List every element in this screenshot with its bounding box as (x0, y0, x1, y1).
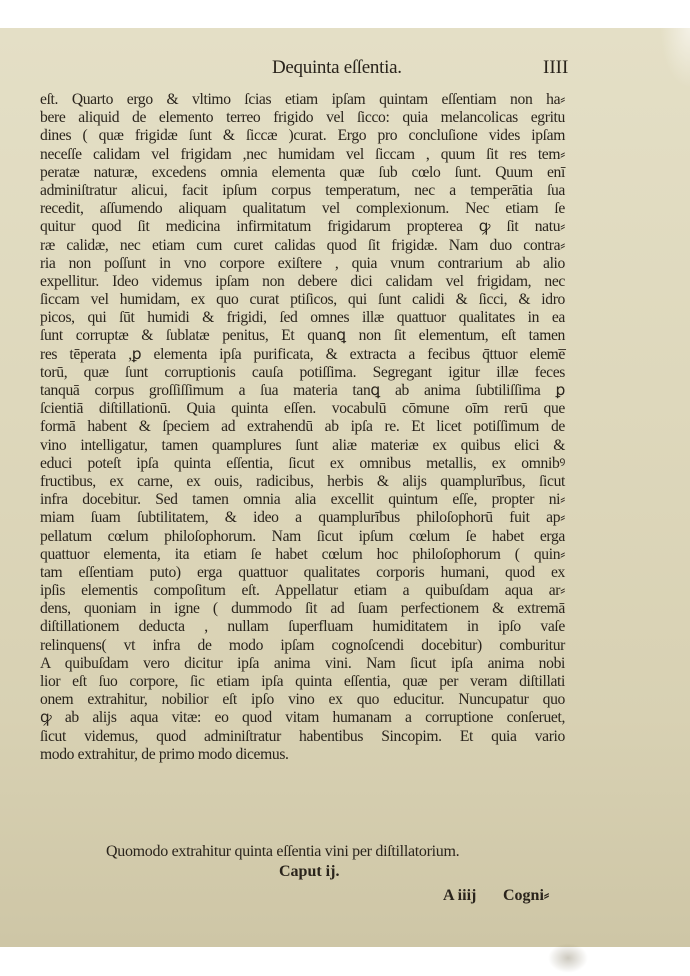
text-line: ſiccam vel humidam, ex quo curat ptiſico… (40, 291, 565, 309)
paper-stain (548, 943, 588, 973)
signature-mark: A iiij (443, 887, 476, 905)
text-line: torū, quæ ſunt corruptionis cauſa potiſſ… (40, 364, 565, 382)
chapter-number: Caput ij. (279, 863, 339, 881)
text-line: neceſſe calidam vel frigidam ,nec humida… (40, 146, 565, 164)
running-title: Dequinta eſſentia. (272, 57, 402, 79)
text-line: A quibuſdam vero dicitur ipſa anima vini… (40, 655, 565, 673)
chapter-heading: Quomodo extrahitur quinta eſſentia vini … (106, 843, 536, 861)
text-line: formā habent & ſpeciem ad extrahendū ab … (40, 418, 565, 436)
text-line: ſicut videmus, quod adminiſtratur habent… (40, 728, 565, 746)
text-line: quitur quod ſit medicina infirmitatum fr… (40, 218, 565, 236)
text-line: diſtillationem deducta , nullam ſuperflu… (40, 618, 565, 636)
body-text: eſt. Quarto ergo & vltimo ſcias etiam ip… (40, 91, 565, 764)
text-line: tanquā corpus groſſiſſimum a ſua materia… (40, 382, 565, 400)
text-line: pellatum cœlum philoſophorum. Nam ſicut … (40, 528, 565, 546)
text-line: dines ( quæ frigidæ ſunt & ſiccæ )curat.… (40, 127, 565, 145)
text-line: ſcientiā diſtillationū. Quia quinta eſſe… (40, 400, 565, 418)
text-line: onem extrahitur, nobilior eſt ipſo vino … (40, 691, 565, 709)
text-line: eſt. Quarto ergo & vltimo ſcias etiam ip… (40, 91, 565, 109)
text-line: quattuor elementa, ita etiam ſe habet cœ… (40, 546, 565, 564)
text-line: recedit, aſſumendo aliquam qualitatum ve… (40, 200, 565, 218)
text-line: dens, quoniam in igne ( dummodo ſit ad ſ… (40, 600, 565, 618)
text-line: relinquens( vt infra de modo ipſam cogno… (40, 637, 565, 655)
text-line: tam eſſentiam puto) erga quattuor qualit… (40, 564, 565, 582)
text-line: ræ calidæ, nec etiam cum curet calidas q… (40, 237, 565, 255)
text-line: infra docebitur. Sed tamen omnia alia ex… (40, 491, 565, 509)
text-line: ria non poſſunt in vno corpore exiſtere … (40, 255, 565, 273)
text-line: ipſis elementis compoſitum eſt. Appellat… (40, 582, 565, 600)
catchword: Cogni⸗ (503, 887, 549, 905)
text-line: ſunt corruptæ & ſublatæ penitus, Et quan… (40, 327, 565, 345)
text-line: miam ſuam ſubtilitatem, & ideo a quamplu… (40, 509, 565, 527)
text-line: res tēperata ,ꝑ elementa ipſa purificata… (40, 346, 565, 364)
text-line: ꝙ ab alijs aqua vitæ: eo quod vitam huma… (40, 709, 565, 727)
text-line: picos, qui ſūt humidi & frigidi, ſed omn… (40, 309, 565, 327)
text-line: fructibus, ex carne, ex ouis, radicibus,… (40, 473, 565, 491)
text-line: adminiſtratur alicui, facit ipſum corpus… (40, 182, 565, 200)
text-line: lior eſt ſuo corpore, ſic etiam ipſa qui… (40, 673, 565, 691)
text-line: vino intelligatur, tamen quamplures ſunt… (40, 437, 565, 455)
text-line: peratæ naturæ, excedens omnia elementa q… (40, 164, 565, 182)
text-line: educi poteſt ipſa quinta eſſentia, ſicut… (40, 455, 565, 473)
text-line: expellitur. Ideo videmus ipſam non deber… (40, 273, 565, 291)
text-line: modo extrahitur, de primo modo dicemus. (40, 746, 565, 764)
text-line: bere aliquid de elemento terreo frigido … (40, 109, 565, 127)
page-header: Dequinta eſſentia. IIII (0, 57, 690, 81)
folio-number: IIII (543, 57, 568, 79)
